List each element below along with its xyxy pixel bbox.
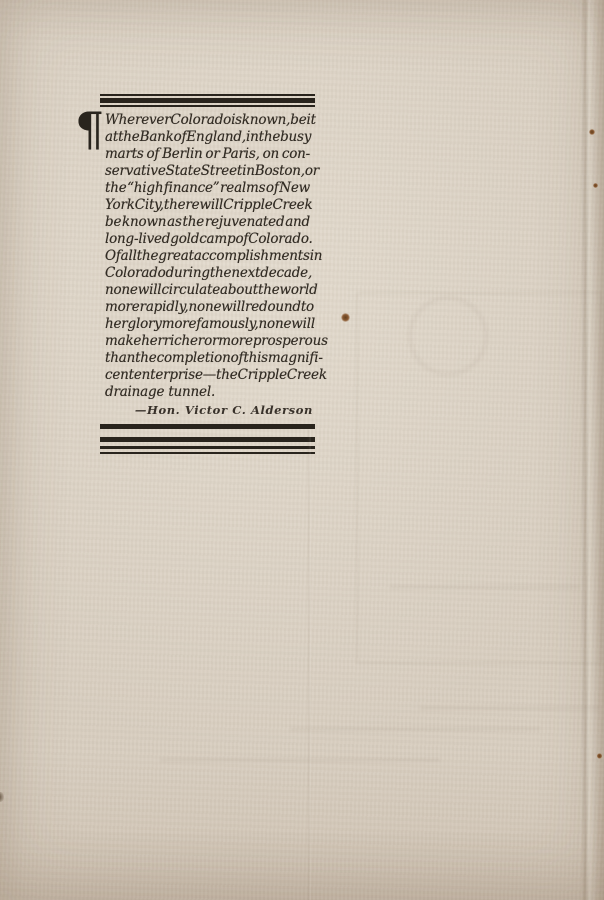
show-through-line: [160, 758, 440, 762]
top-rule: [100, 94, 315, 107]
quote-line: morerapidly,nonewillredoundto: [105, 299, 310, 316]
show-through-line: [290, 727, 540, 731]
quote-line: long-livedgoldcampofColorado.: [105, 231, 310, 248]
quote-line: drainage tunnel.: [105, 384, 310, 401]
quote-line: thanthecompletionofthismagnifi-: [105, 350, 310, 367]
quote-line: makeherricherormoreprosperous: [105, 333, 310, 350]
pilcrow-icon: ¶: [75, 106, 104, 152]
quote-line: cententerprise—theCrippleCreek: [105, 367, 310, 384]
quote-line: herglorymorefamously,nonewill: [105, 316, 310, 333]
quote-line: Ofallthegreataccomplishmentsin: [105, 248, 310, 265]
quote-line: attheBankofEngland,inthebusy: [105, 129, 310, 146]
quote-line: the“highfinance”realmsofNew: [105, 180, 310, 197]
quote-line: Coloradoduringthenextdecade,: [105, 265, 310, 282]
bottom-rule-thick-bar: [100, 437, 315, 442]
quote-line: nonewillcirculateabouttheworld: [105, 282, 310, 299]
quote-text: WhereverColoradoisknown,beitattheBankofE…: [105, 112, 310, 401]
top-rule-thin-line: [100, 94, 315, 96]
paper-crease: [307, 430, 311, 900]
top-rule-thick-bar: [100, 98, 315, 103]
foxing-spot: [0, 792, 4, 802]
show-through-line: [390, 585, 580, 589]
top-rule-thin-line: [100, 105, 315, 107]
quote-line: YorkCity,therewillCrippleCreek: [105, 197, 310, 214]
quote-line: martsofBerlinorParis,oncon-: [105, 146, 310, 163]
bottom-rule-thin-line: [100, 446, 315, 449]
show-through-circle: [408, 296, 488, 376]
quote-line: beknownastherejuvenatedand: [105, 214, 310, 231]
quote-line: servativeStateStreetinBoston,or: [105, 163, 310, 180]
foxing-spot: [597, 753, 602, 759]
bottom-rule-thin-line: [100, 452, 315, 454]
book-page: ¶ WhereverColoradoisknown,beitattheBanko…: [0, 0, 604, 900]
quote-line: WhereverColoradoisknown,beit: [105, 112, 310, 129]
quote-attribution: —Hon. Victor C. Alderson: [100, 404, 313, 417]
foxing-spot: [341, 313, 350, 322]
foxing-spot: [589, 129, 595, 135]
foxing-spot: [593, 183, 598, 188]
show-through-line: [420, 706, 600, 710]
bottom-rule: [100, 424, 315, 454]
quote-block: ¶ WhereverColoradoisknown,beitattheBanko…: [100, 94, 315, 454]
bottom-rule-thick-bar: [100, 424, 315, 429]
